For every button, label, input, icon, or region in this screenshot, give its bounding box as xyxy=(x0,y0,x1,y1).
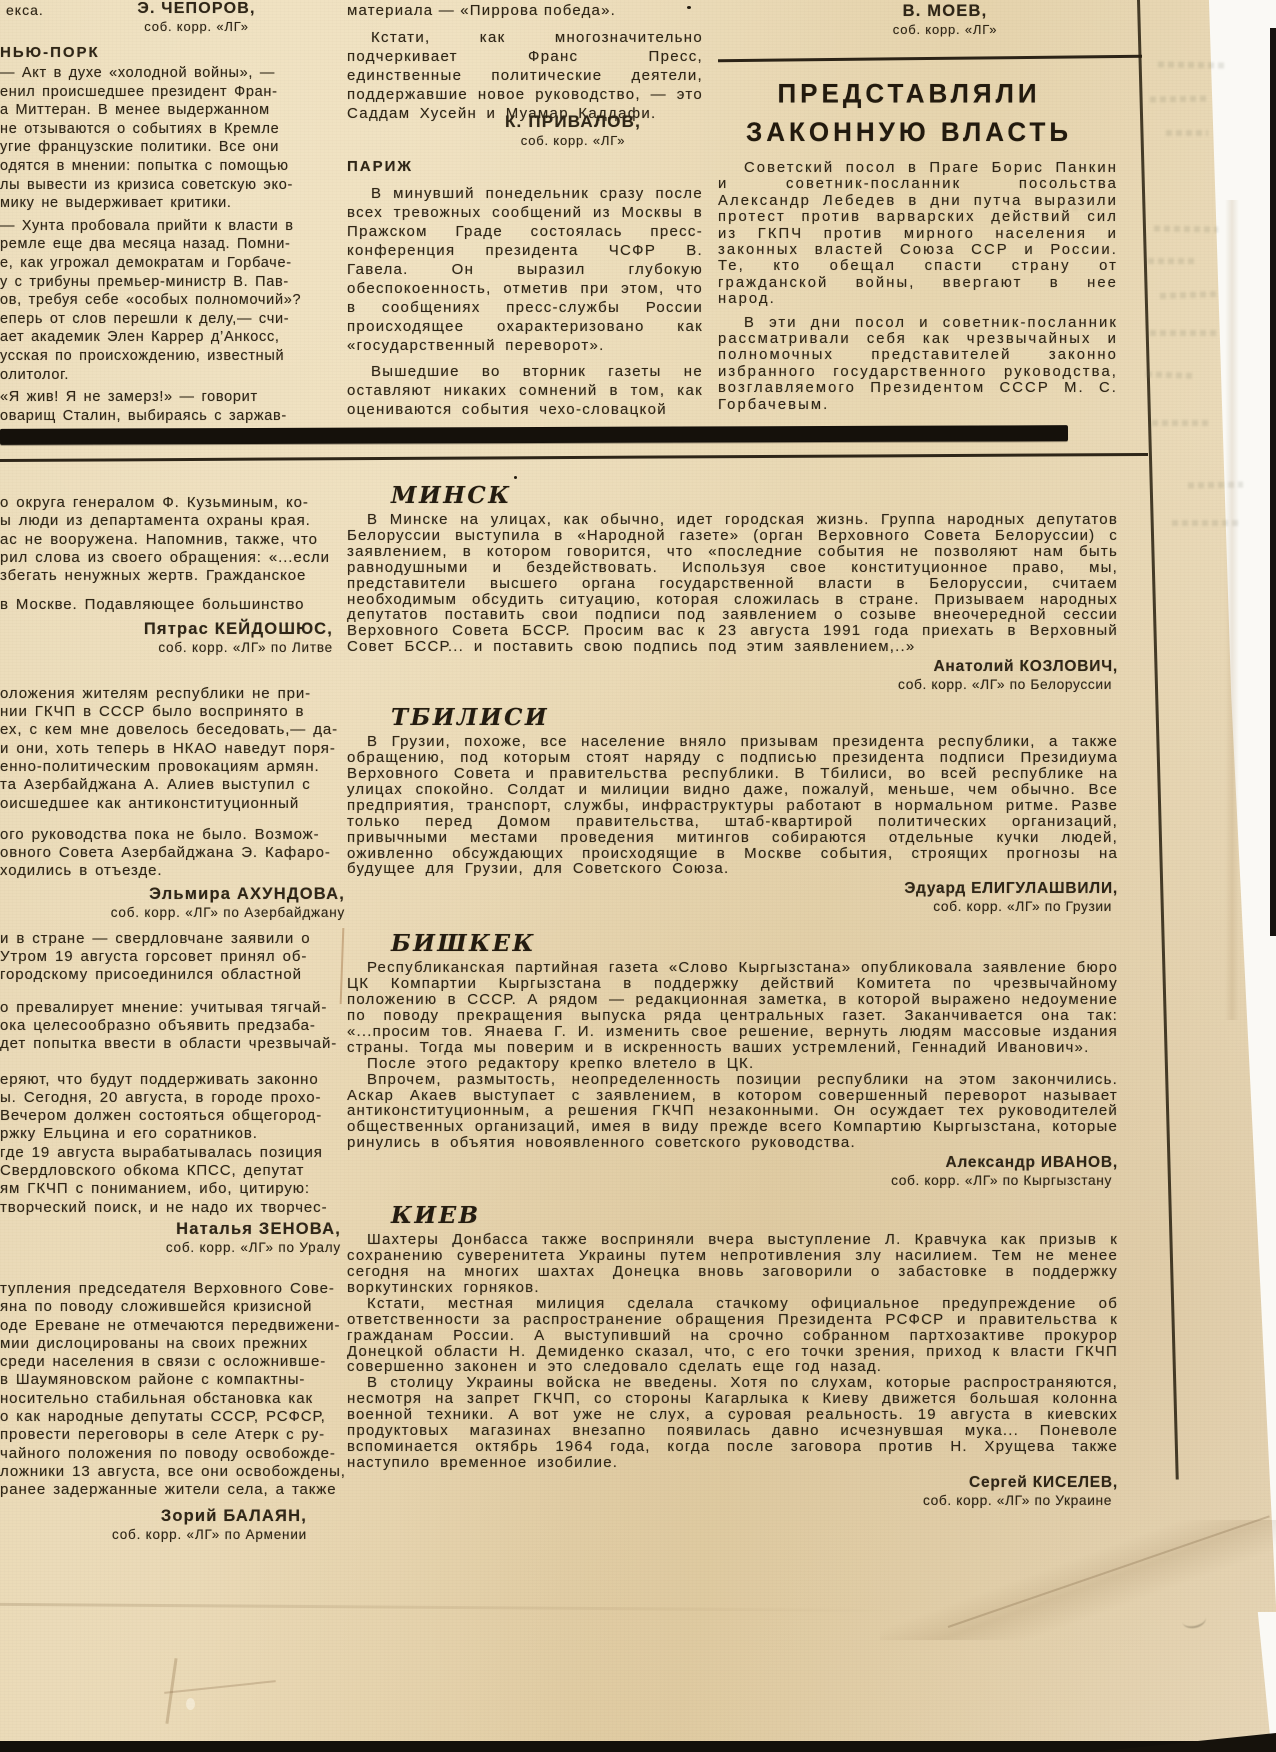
article-paragraph: Шахтеры Донбасса также восприняли вчера … xyxy=(347,1232,1118,1296)
article-paragraph: В эти дни посол и советник-посланник рас… xyxy=(718,315,1118,413)
byline-name: Наталья ЗЕНОВА, xyxy=(0,1220,341,1239)
ink-speck xyxy=(514,476,517,479)
article-fragment: ого руководства пока не было. Возмож- ов… xyxy=(0,826,347,881)
byline: Наталья ЗЕНОВА, соб. корр. «ЛГ» по Уралу xyxy=(0,1220,341,1255)
article-headline: ПРЕДСТАВЛЯЛИ ЗАКОННУЮ ВЛАСТЬ xyxy=(716,75,1102,152)
article-paragraph: Впрочем, размытость, неопределенность по… xyxy=(347,1072,1118,1152)
article-paragraph: В Минске на улицах, как обычно, идет гор… xyxy=(347,512,1118,655)
byline-role: соб. корр. «ЛГ» xyxy=(453,133,693,148)
article-paragraph: Кстати, местная милиция сделала стачкому… xyxy=(347,1296,1118,1376)
ink-speck xyxy=(687,6,691,9)
section-minsk: МИНСК В Минске на улицах, как обычно, ид… xyxy=(347,482,1118,692)
showthrough-ink-mark xyxy=(1158,61,1228,68)
byline-name: Пятрас КЕЙДОШЮС, xyxy=(0,620,333,639)
article-fragment: о округа генералом Ф. Кузьминым, ко- ы л… xyxy=(0,494,347,585)
headline-line-2: ЗАКОННУЮ ВЛАСТЬ xyxy=(716,113,1102,151)
article-fragment: тупления председателя Верховного Сове- я… xyxy=(0,1280,347,1500)
byline: Сергей КИСЕЛЕВ, соб. корр. «ЛГ» по Украи… xyxy=(347,1474,1118,1508)
byline-role: соб. корр. «ЛГ» по Украине xyxy=(347,1493,1118,1508)
byline-role: соб. корр. «ЛГ» по Азербайджану xyxy=(0,905,345,920)
article-paragraph: Вышедшие во вторник газеты не оставляют … xyxy=(347,362,703,419)
byline-name: К. ПРИВАЛОВ, xyxy=(453,112,693,132)
byline-role: соб. корр. «ЛГ» по Белоруссии xyxy=(347,677,1118,692)
article-fragment: о превалирует мнение: учитывая тягчай- о… xyxy=(0,999,347,1054)
byline: Зорий БАЛАЯН, соб. корр. «ЛГ» по Армении xyxy=(0,1507,307,1542)
article-paragraph: Кстати, как многозначительно подчеркивае… xyxy=(347,28,703,123)
byline: Эльмира АХУНДОВА, соб. корр. «ЛГ» по Азе… xyxy=(0,885,345,920)
byline-name: Александр ИВАНОВ, xyxy=(347,1154,1118,1172)
byline: Александр ИВАНОВ, соб. корр. «ЛГ» по Кыр… xyxy=(347,1154,1118,1188)
section-heading-kiev: КИЕВ xyxy=(391,1202,1118,1229)
byline-role: соб. корр. «ЛГ» xyxy=(94,19,299,34)
showthrough-ink-mark xyxy=(1152,420,1212,426)
showthrough-ink-mark xyxy=(1188,482,1243,489)
showthrough-ink-mark xyxy=(1150,330,1220,336)
section-heading-minsk: МИНСК xyxy=(391,482,1118,509)
section-heading-bishkek: БИШКЕК xyxy=(391,930,1118,957)
byline: К. ПРИВАЛОВ, соб. корр. «ЛГ» xyxy=(453,112,693,148)
article-fragment: еряют, что будут поддерживать законно ы.… xyxy=(0,1071,347,1217)
dateline-paris: ПАРИЖ xyxy=(347,158,413,175)
byline-name: В. МОЕВ, xyxy=(830,2,1060,21)
cutoff-text-fragment: материала — «Пиррова победа». xyxy=(347,2,616,19)
article-paragraph: — Акт в духе «холодной войны», — енил пр… xyxy=(0,64,303,213)
article-paragraph: «Я жив! Я не замерз!» — говорит оварищ С… xyxy=(0,388,303,425)
byline-name: Сергей КИСЕЛЕВ, xyxy=(347,1474,1118,1492)
byline-role: соб. корр. «ЛГ» по Уралу xyxy=(0,1240,341,1255)
showthrough-ink-mark xyxy=(1154,225,1218,232)
article-paragraph: Советский посол в Праге Борис Панкин и с… xyxy=(718,160,1118,308)
article-paragraph: После этого редактору крепко влетело в Ц… xyxy=(347,1056,1118,1072)
article-fragment: в Москве. Подавляющее большинство xyxy=(0,596,347,614)
byline-name: Анатолий КОЗЛОВИЧ, xyxy=(347,658,1118,676)
left-column-cutoff: о округа генералом Ф. Кузьминым, ко- ы л… xyxy=(0,494,347,1542)
byline: В. МОЕВ, соб. корр. «ЛГ» xyxy=(830,2,1060,37)
section-kiev: КИЕВ Шахтеры Донбасса также восприняли в… xyxy=(347,1202,1118,1508)
cutoff-text-fragment: екса. xyxy=(6,2,44,18)
headline-line-1: ПРЕДСТАВЛЯЛИ xyxy=(716,75,1102,113)
byline: Э. ЧЕПОРОВ, соб. корр. «ЛГ» xyxy=(94,0,299,34)
byline-role: соб. корр. «ЛГ» по Грузии xyxy=(347,899,1118,914)
article-paragraph: В минувший понедельник сразу после всех … xyxy=(347,184,703,355)
scan-edge-strip xyxy=(1270,28,1276,936)
section-heading-tbilisi: ТБИЛИСИ xyxy=(391,704,1118,731)
byline-role: соб. корр. «ЛГ» по Литве xyxy=(0,640,333,655)
republics-report-column: МИНСК В Минске на улицах, как обычно, ид… xyxy=(347,478,1118,1508)
byline-name: Зорий БАЛАЯН, xyxy=(0,1507,307,1526)
byline-name: Э. ЧЕПОРОВ, xyxy=(94,0,299,18)
article-paragraph: — Хунта пробовала прийти к власти в ремл… xyxy=(0,217,303,384)
article-legitimate-power: В. МОЕВ, соб. корр. «ЛГ» ПРЕДСТАВЛЯЛИ ЗА… xyxy=(716,0,1118,426)
showthrough-ink-mark xyxy=(1148,258,1198,264)
byline-name: Эльмира АХУНДОВА, xyxy=(0,885,345,904)
article-paragraph: Республиканская партийная газета «Слово … xyxy=(347,960,1118,1055)
article-fragment: и в стране — свердловчане заявили о Утро… xyxy=(0,930,347,985)
section-bishkek: БИШКЕК Республиканская партийная газета … xyxy=(347,930,1118,1188)
showthrough-ink-mark xyxy=(1150,95,1208,102)
showthrough-ink-mark xyxy=(1062,205,1102,211)
dateline-new-york: НЬЮ-ПОРК xyxy=(0,44,100,61)
byline: Эдуард ЕЛИГУЛАШВИЛИ, соб. корр. «ЛГ» по … xyxy=(347,880,1118,914)
scanned-newspaper-page: екса. Э. ЧЕПОРОВ, соб. корр. «ЛГ» НЬЮ-ПО… xyxy=(0,0,1276,1752)
article-body: — Акт в духе «холодной войны», — енил пр… xyxy=(0,64,303,429)
article-fragment: оложения жителям республики не при- нии … xyxy=(0,685,347,813)
byline-role: соб. корр. «ЛГ» xyxy=(830,22,1060,37)
paper-flake xyxy=(186,1698,195,1710)
article-new-york-column: екса. Э. ЧЕПОРОВ, соб. корр. «ЛГ» НЬЮ-ПО… xyxy=(0,0,303,426)
showthrough-ink-mark xyxy=(1166,130,1208,136)
article-paragraph: В Грузии, похоже, все население вняло пр… xyxy=(347,734,1118,877)
section-tbilisi: ТБИЛИСИ В Грузии, похоже, все население … xyxy=(347,704,1118,914)
byline: Анатолий КОЗЛОВИЧ, соб. корр. «ЛГ» по Бе… xyxy=(347,658,1118,692)
headline-rule xyxy=(718,55,1142,62)
article-paragraph: В столицу Украины войска не введены. Хот… xyxy=(347,1375,1118,1470)
byline-role: соб. корр. «ЛГ» по Армении xyxy=(0,1527,307,1542)
showthrough-ink-mark xyxy=(1172,520,1240,526)
article-paris-column: материала — «Пиррова победа». Кстати, ка… xyxy=(347,0,703,426)
byline-name: Эдуард ЕЛИГУЛАШВИЛИ, xyxy=(347,880,1118,898)
scan-bottom-strip xyxy=(0,1741,1276,1752)
article-body: Советский посол в Праге Борис Панкин и с… xyxy=(718,160,1118,420)
byline: Пятрас КЕЙДОШЮС, соб. корр. «ЛГ» по Литв… xyxy=(0,620,333,655)
byline-role: соб. корр. «ЛГ» по Кыргызстану xyxy=(347,1173,1118,1188)
